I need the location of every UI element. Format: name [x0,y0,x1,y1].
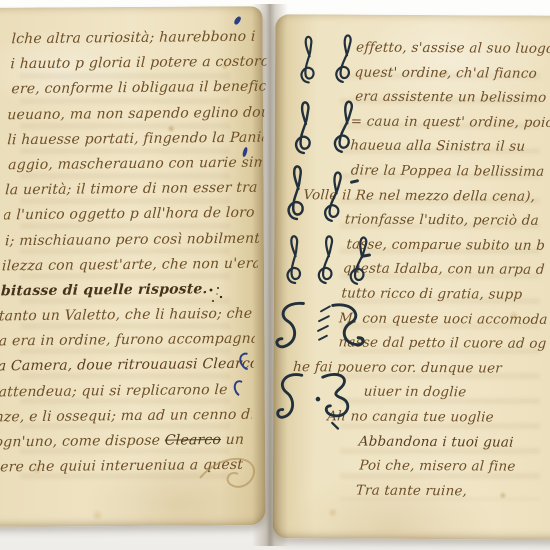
manuscript-line: i hauuto p gloria il potere a costoro [10,50,267,78]
manuscript-line: ere, conforme li obligaua il beneficio, [11,75,266,103]
manuscript-line: i; mischiauano pero così nobilmente [4,226,259,254]
treble-clef-row [296,30,357,90]
treble-clef-row [282,230,372,292]
treble-clef-icon [320,165,349,227]
manuscript-line: Poi che, misero al fine [287,453,540,479]
ornament-scroll-icon [276,298,366,354]
manuscript-line: Tra tante ruine, [283,478,538,504]
treble-clef-icon [281,157,312,226]
manuscript-photo: lche altra curiosità; haurebbono i i hau… [0,0,550,550]
ornament-scroll-icon [277,368,357,434]
treble-clef-icon [280,229,309,289]
treble-clef-icon [329,93,360,159]
manuscript-line: a Camera, doue ritrouauasi Clearco, [0,352,254,380]
manuscript-line: a era in ordine, furono accompagnati [0,327,255,355]
pen-flourish [196,452,266,498]
manuscript-line: li hauesse portati, fingendo la Pania, [7,125,264,153]
treble-clef-icon [315,230,340,288]
manuscript-line: attendeua; qui si replicarono le [0,377,253,405]
manuscript-line: nze, e li ossequi; ma ad un cenno di [0,403,252,431]
strike-pre: ogn'uno, come dispose [0,433,165,451]
ornament-row [277,368,357,438]
treble-clef-row [291,94,358,162]
manuscript-line: ueuano, ma non sapendo eglino doue [7,100,265,128]
treble-clef-icon [346,231,375,289]
treble-clef-icon [332,29,359,86]
treble-clef-icon [294,31,322,87]
manuscript-line: aggio, mascherauano con uarie simu= [8,151,263,179]
treble-clef-row [283,158,347,230]
left-page-text: lche altra curiosità; haurebbono i i hau… [0,25,268,504]
strike-post: un [221,432,245,448]
manuscript-line: ilezza con quest'arte, che non u'era [1,251,258,279]
struck-word: Clearco [164,432,221,449]
manuscript-line: a l'unico oggetto p all'hora de loro [3,201,261,229]
ink-spatter [208,286,224,306]
treble-clef-icon [290,96,318,159]
manuscript-line: lche altra curiosità; haurebbono i [11,25,268,53]
manuscript-line: la uerità; il timore di non esser tra [5,176,262,204]
ornament-row [276,298,366,358]
